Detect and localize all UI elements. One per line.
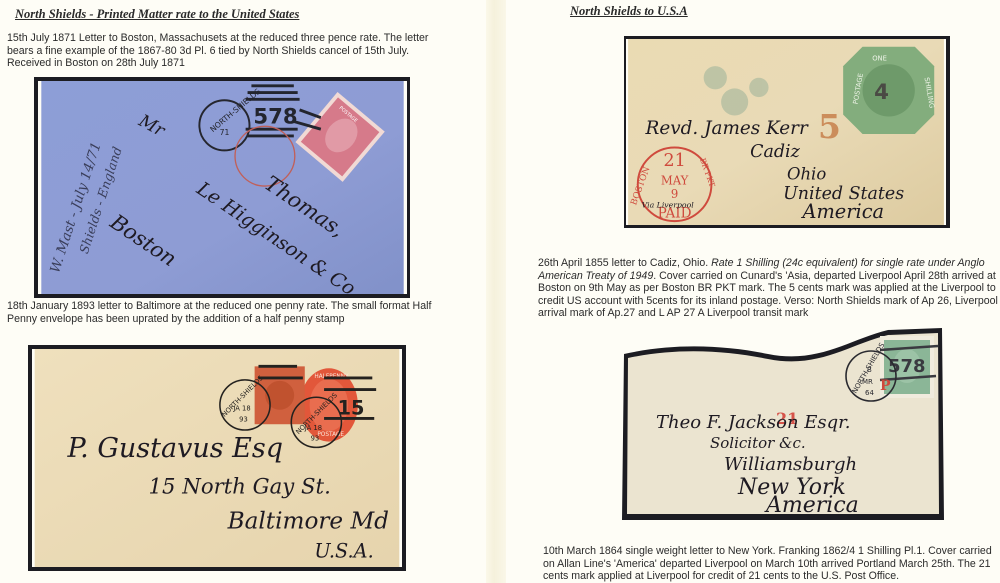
cover-illustration: HALFPENNY POSTAGE 15 NORTH-SHIELDS JA 1 [32, 349, 402, 567]
svg-text:Cadiz: Cadiz [750, 142, 800, 162]
album-page-left: North Shields - Printed Matter rate to t… [0, 0, 492, 583]
svg-text:JA 18: JA 18 [232, 405, 250, 413]
svg-text:15: 15 [338, 397, 365, 420]
cover-description: 10th March 1864 single weight letter to … [543, 545, 1000, 583]
svg-text:Via Liverpool: Via Liverpool [642, 201, 695, 210]
page-heading: North Shields - Printed Matter rate to t… [15, 7, 299, 22]
svg-text:64: 64 [865, 389, 874, 397]
svg-text:4: 4 [874, 80, 889, 105]
svg-text:Theo F. Jackson Esqr.: Theo F. Jackson Esqr. [656, 412, 851, 433]
svg-text:U.S.A.: U.S.A. [314, 539, 373, 562]
svg-text:MAY: MAY [661, 173, 689, 187]
cover-description: 18th January 1893 letter to Baltimore at… [7, 300, 437, 325]
svg-text:Williamsburgh: Williamsburgh [724, 454, 857, 475]
embossed-one-shilling-stamp-icon: ONE POSTAGE SHILLING 4 [843, 47, 936, 134]
cover-1864-new-york: 578 NORTH-SHIELDS B MR 64 P 21 Theo F. J… [618, 324, 948, 520]
svg-text:578: 578 [253, 103, 297, 128]
svg-text:Revd. James Kerr: Revd. James Kerr [645, 118, 809, 139]
svg-text:15 North Gay St.: 15 North Gay St. [149, 475, 331, 500]
svg-text:America: America [764, 493, 859, 518]
svg-text:71: 71 [220, 128, 230, 137]
stamp-halfpenny-vermilion-icon [255, 366, 305, 424]
svg-text:MR: MR [862, 378, 873, 386]
svg-text:P: P [880, 378, 891, 394]
svg-text:21: 21 [664, 151, 686, 171]
description-text: 26th April 1855 letter to Cadiz, Ohio. [538, 257, 711, 269]
cover-description: 15th July 1871 Letter to Boston, Massach… [7, 32, 437, 70]
cover-description: 26th April 1855 letter to Cadiz, Ohio. R… [538, 257, 1000, 320]
svg-text:P. Gustavus Esq: P. Gustavus Esq [66, 433, 283, 464]
album-gutter [486, 0, 506, 583]
credit-mark-5: 5 [818, 107, 841, 146]
cover-1871-boston: 578 NORTH-SHIELDS 71 POSTAGE Mr [34, 77, 410, 298]
svg-text:Ohio: Ohio [787, 164, 826, 183]
svg-text:JA 18: JA 18 [304, 424, 322, 432]
svg-text:93: 93 [239, 415, 248, 423]
album-page-right: North Shields to U.S.A ONE POSTAGE SHILL… [506, 0, 1000, 583]
svg-text:ONE: ONE [872, 54, 887, 62]
svg-text:Solicitor &c.: Solicitor &c. [710, 434, 806, 452]
svg-text:B: B [867, 366, 872, 374]
page-heading: North Shields to U.S.A [570, 4, 688, 19]
cover-1893-baltimore: HALFPENNY POSTAGE 15 NORTH-SHIELDS JA 1 [28, 345, 406, 571]
cover-illustration: ONE POSTAGE SHILLING 4 5 21 MAY 9 PAID B… [626, 39, 946, 225]
cover-illustration: 578 NORTH-SHIELDS B MR 64 P 21 Theo F. J… [618, 324, 948, 520]
cover-illustration: 578 NORTH-SHIELDS 71 POSTAGE Mr [38, 81, 407, 294]
svg-text:POSTAGE: POSTAGE [317, 432, 344, 438]
svg-text:9: 9 [671, 187, 678, 201]
svg-text:Baltimore Md: Baltimore Md [227, 508, 389, 534]
cover-1855-cadiz: ONE POSTAGE SHILLING 4 5 21 MAY 9 PAID B… [624, 36, 950, 228]
svg-text:America: America [800, 200, 884, 223]
svg-text:93: 93 [311, 435, 320, 443]
